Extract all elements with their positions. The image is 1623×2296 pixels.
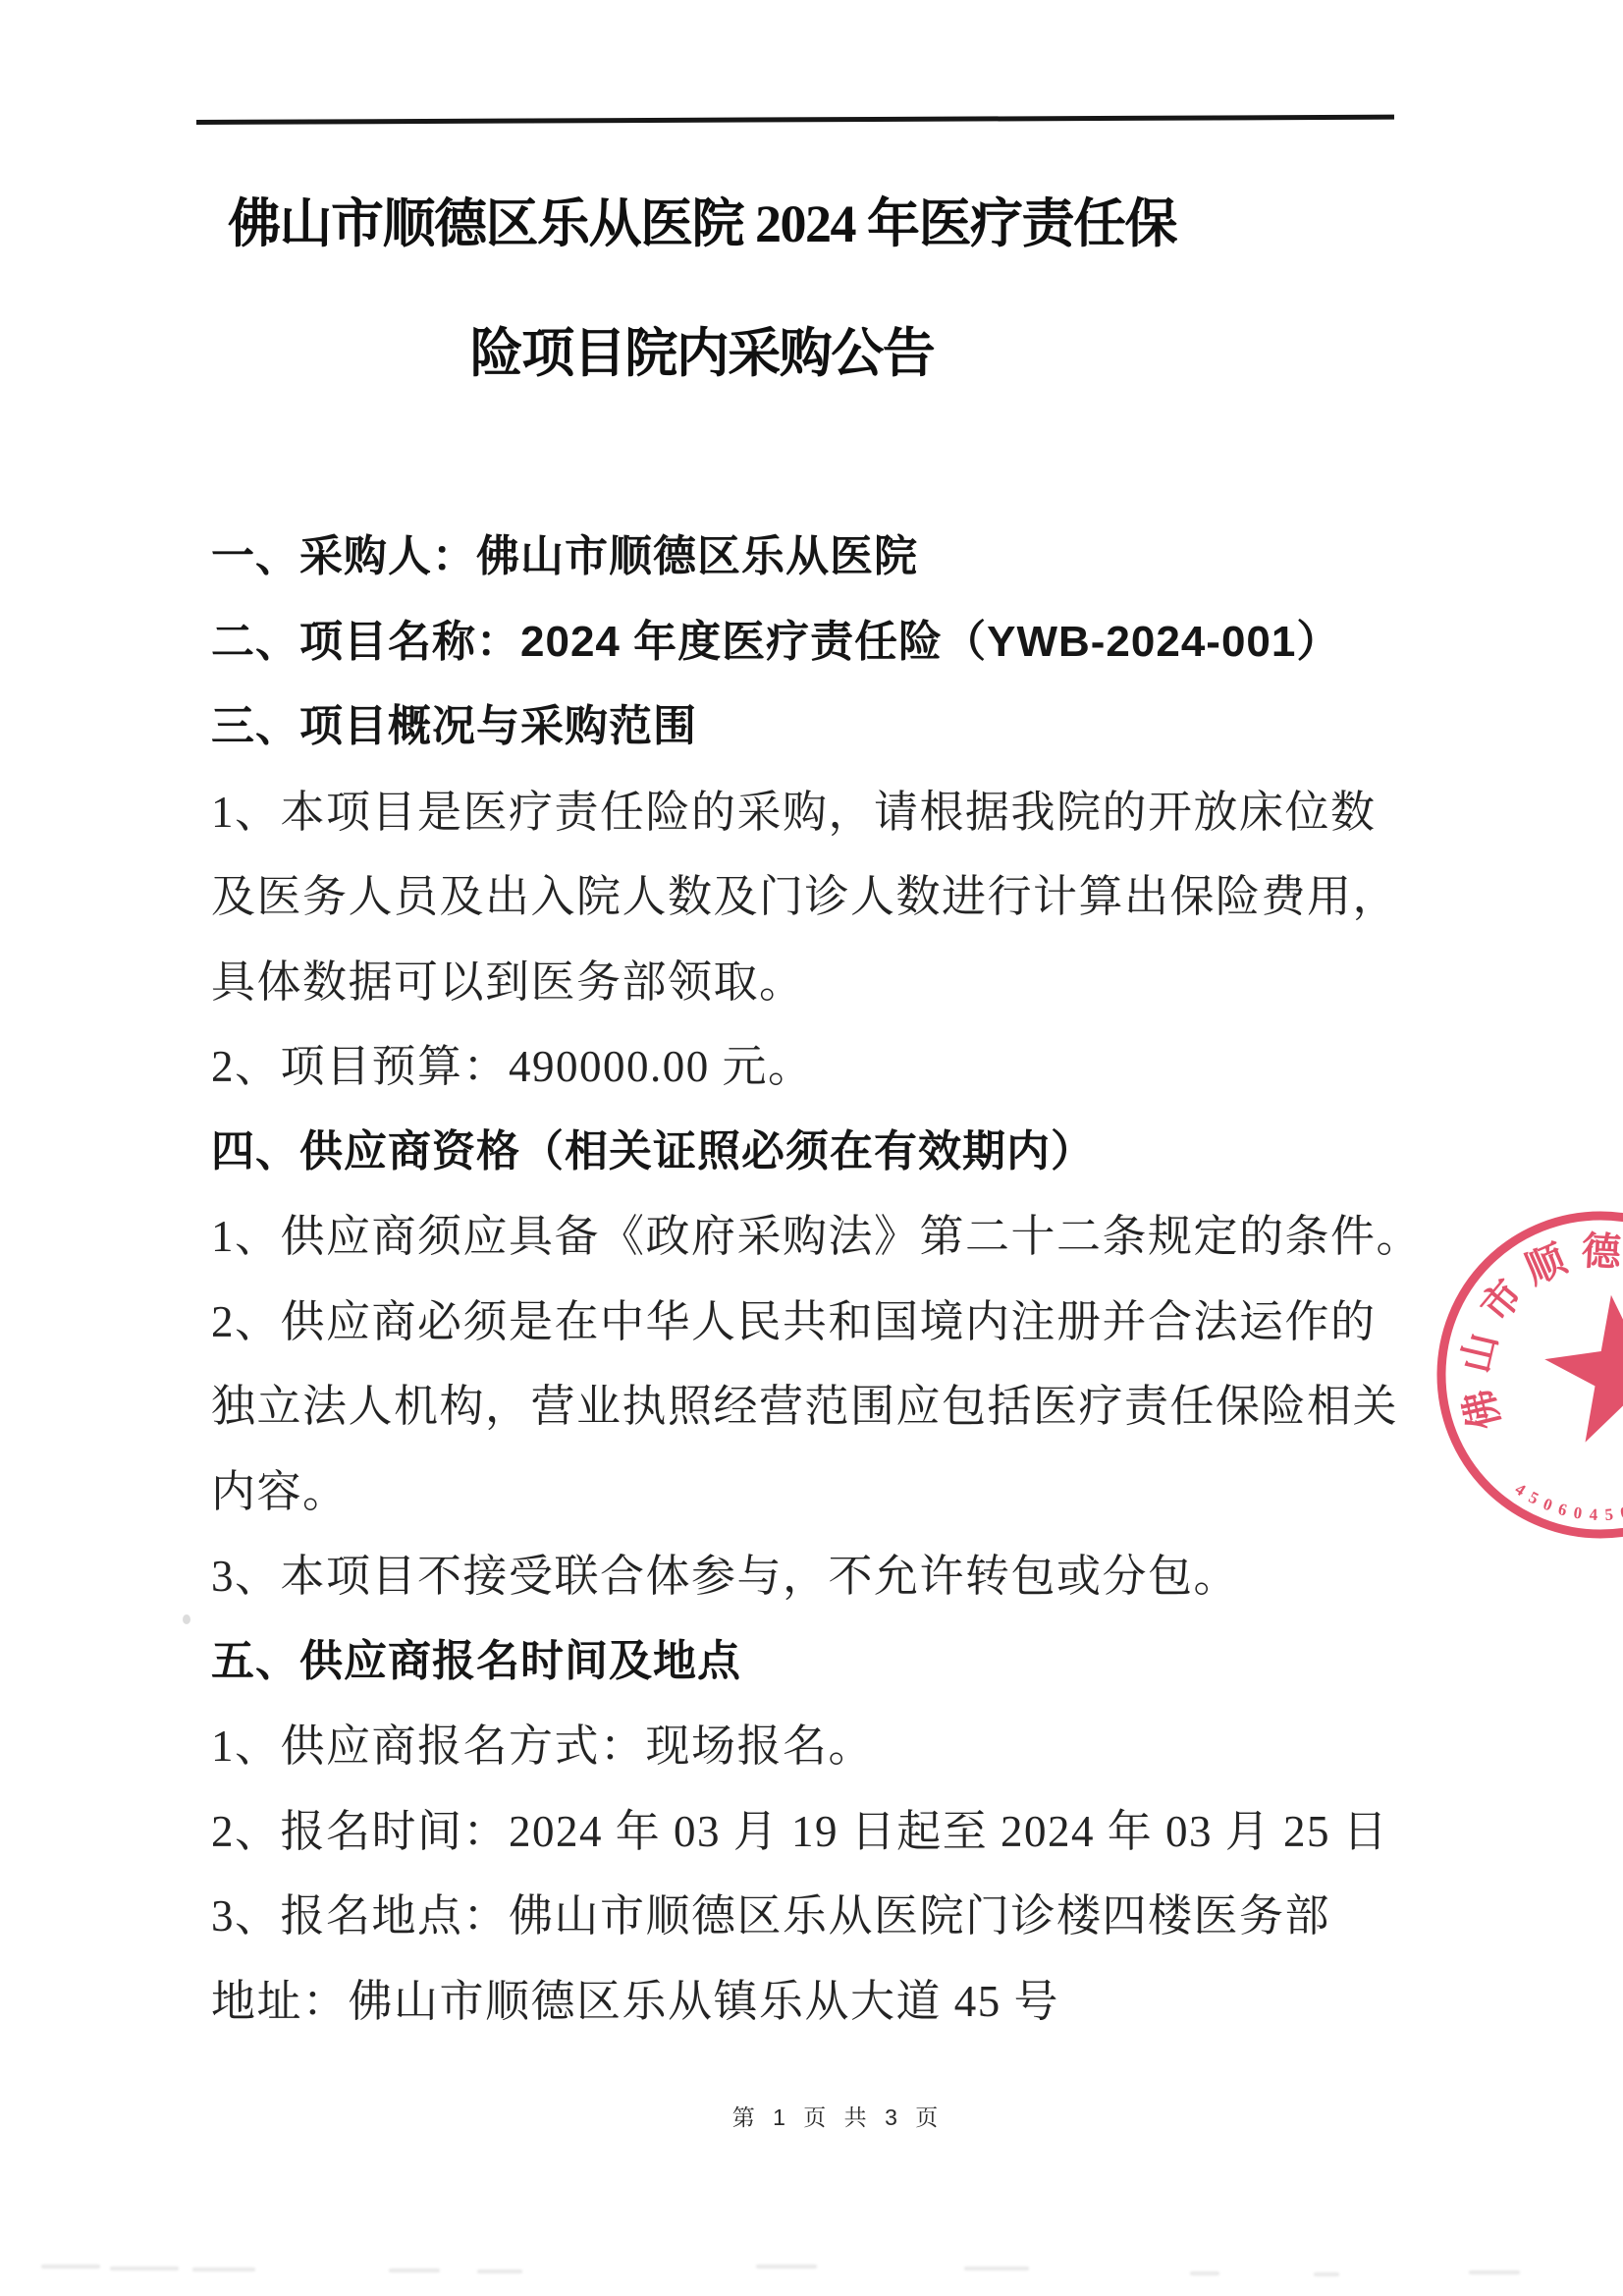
body-line: 1、本项目是医疗责任险的采购，请根据我院的开放床位数 [211, 770, 1370, 855]
seal-star [1544, 1295, 1623, 1443]
body-line: 五、供应商报名时间及地点 [211, 1619, 1370, 1705]
body-line: 3、报名地点：佛山市顺德区乐从医院门诊楼四楼医务部 [211, 1874, 1370, 1959]
scan-artifact [41, 2265, 100, 2269]
scan-artifact [964, 2267, 1029, 2270]
official-seal-stamp: 佛山市顺德 4506045090 [1394, 1159, 1623, 1591]
scan-artifact [389, 2269, 440, 2272]
page-number: 第 1 页 共 3 页 [732, 2105, 945, 2130]
body-line: 二、项目名称：2024 年度医疗责任险（YWB-2024-001） [211, 600, 1370, 685]
body-line: 3、本项目不接受联合体参与，不允许转包或分包。 [211, 1534, 1370, 1619]
body-line: 独立法人机构，营业执照经营范围应包括医疗责任保险相关 [211, 1364, 1370, 1449]
body-line: 2、项目预算：490000.00 元。 [211, 1024, 1370, 1110]
scan-artifact [756, 2265, 817, 2269]
title-line-2: 险项目院内采购公告 [216, 289, 1188, 418]
document-title: 佛山市顺德区乐从医院 2024 年医疗责任保 险项目院内采购公告 [216, 159, 1188, 418]
body-line: 一、采购人：佛山市顺德区乐从医院 [211, 515, 1370, 600]
document-body: 一、采购人：佛山市顺德区乐从医院 二、项目名称：2024 年度医疗责任险（YWB… [211, 515, 1370, 2044]
body-line: 2、供应商必须是在中华人民共和国境内注册并合法运作的 [211, 1280, 1370, 1365]
body-line: 四、供应商资格（相关证照必须在有效期内） [211, 1110, 1370, 1195]
scan-artifact [1469, 2270, 1520, 2274]
body-line: 内容。 [211, 1449, 1370, 1535]
scanned-document-page: 佛山市顺德区乐从医院 2024 年医疗责任保 险项目院内采购公告 一、采购人：佛… [0, 0, 1623, 2296]
scan-artifact [192, 2268, 255, 2271]
body-line: 具体数据可以到医务部领取。 [211, 940, 1370, 1025]
body-line: 1、供应商报名方式：现场报名。 [211, 1704, 1370, 1789]
scan-artifact [1190, 2271, 1219, 2275]
body-line: 2、报名时间：2024 年 03 月 19 日起至 2024 年 03 月 25… [211, 1789, 1370, 1875]
page-footer: 第 1 页 共 3 页 [53, 2100, 1623, 2132]
scan-artifact [110, 2267, 179, 2270]
scan-artifact [183, 1614, 190, 1624]
body-line: 1、供应商须应具备《政府采购法》第二十二条规定的条件。 [211, 1194, 1370, 1280]
body-line: 地址：佛山市顺德区乐从镇乐从大道 45 号 [211, 1959, 1370, 2045]
header-rule [196, 115, 1394, 125]
body-line: 三、项目概况与采购范围 [211, 684, 1370, 770]
body-line: 及医务人员及出入院人数及门诊人数进行计算出保险费用， [211, 854, 1370, 940]
scan-artifact [1314, 2272, 1339, 2276]
title-line-1: 佛山市顺德区乐从医院 2024 年医疗责任保 [216, 159, 1188, 289]
scan-artifact [477, 2269, 522, 2273]
